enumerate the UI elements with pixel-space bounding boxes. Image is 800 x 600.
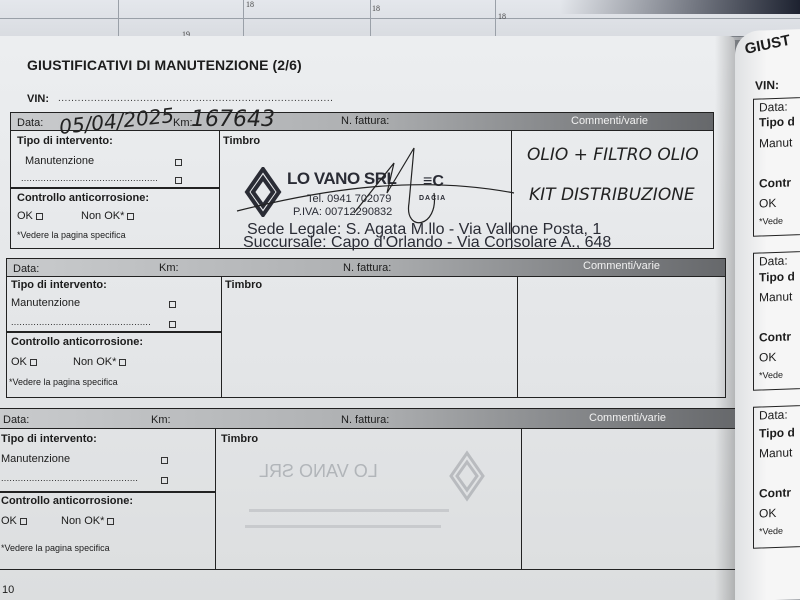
ok-checkbox[interactable] [20,518,27,525]
comment-line-1: OLIO + FILTRO OLIO [527,145,699,165]
other-checkbox[interactable] [169,321,176,328]
see-page-note: *Vedere la pagina specifica [1,543,110,553]
non-ok-checkbox[interactable] [107,518,114,525]
km-label: Km: [173,117,193,129]
other-checkbox[interactable] [175,177,182,184]
maintenance-checkbox[interactable] [175,159,182,166]
non-ok-label: Non OK* [81,210,124,222]
page-number: 10 [2,584,14,596]
maintenance-entry-2: Data: Km: N. fattura: Commenti/varie Tip… [6,258,726,398]
next-page-ok: OK [759,350,776,365]
date-label: Data: [3,414,29,426]
entry-header: Data: Km: N. fattura: Commenti/varie [0,409,737,429]
next-page-contr: Contr [759,329,791,344]
ok-checkbox[interactable] [36,213,43,220]
entry-header: Data: Km: N. fattura: Commenti/varie [7,259,725,277]
date-label: Data: [17,117,43,129]
maintenance-entry-3: Data: Km: N. fattura: Commenti/varie Tip… [0,408,738,570]
maintenance-checkbox[interactable] [161,457,168,464]
planner-number: 18 [498,12,506,21]
next-page-title: GIUST [744,32,792,58]
maintenance-option-label: Manutenzione [11,297,80,309]
ghost-stamp-imprint: LO VANO SRL [259,461,378,482]
maintenance-option-label: Manutenzione [25,155,94,167]
invoice-label: N. fattura: [341,115,389,127]
planner-number: 18 [246,0,254,9]
next-page-ok: OK [759,506,776,521]
intervention-type-label: Tipo di intervento: [11,279,107,291]
maintenance-entry-1: Data: Km: N. fattura: Commenti/varie Tip… [10,112,714,249]
stamp-label: Timbro [221,433,258,445]
see-page-note: *Vedere la pagina specifica [17,230,126,240]
invoice-label: N. fattura: [343,262,391,274]
ok-label: OK [1,515,17,527]
ok-label: OK [11,356,27,368]
corrosion-check-label: Controllo anticorrosione: [11,336,143,348]
corrosion-check-label: Controllo anticorrosione: [1,495,133,507]
vin-field[interactable]: ........................................… [58,93,333,104]
next-page-vin: VIN: [755,78,779,93]
km-label: Km: [159,262,179,274]
intervention-type-label: Tipo di intervento: [1,433,97,445]
comment-line-2: KIT DISTRIBUZIONE [529,185,695,205]
handwritten-km: 167643 [191,107,275,132]
next-page-date-label: Data: [759,408,788,423]
corrosion-check-label: Controllo anticorrosione: [17,192,149,204]
next-page-date-label: Data: [759,100,788,115]
other-intervention-field[interactable]: ........................................… [11,317,151,327]
other-intervention-field[interactable]: ........................................… [1,473,139,483]
ghost-renault-logo-icon [447,449,487,503]
page-title: GIUSTIFICATIVI DI MANUTENZIONE (2/6) [27,57,302,73]
maintenance-option-label: Manutenzione [1,453,70,465]
next-page-tipo: Tipo d [759,114,795,129]
other-intervention-field[interactable]: ........................................… [21,173,157,183]
next-page-manut: Manut [759,445,792,460]
next-page-manut: Manut [759,135,792,150]
non-ok-label: Non OK* [73,356,116,368]
ok-label: OK [17,210,33,222]
vin-label: VIN: [27,93,49,105]
non-ok-label: Non OK* [61,515,104,527]
next-page-vedere: *Vede [759,370,783,381]
signature [229,133,519,243]
next-page: GIUST VIN: Data: Tipo d Manut Contr OK *… [735,29,800,600]
comments-label: Commenti/varie [583,260,660,272]
invoice-label: N. fattura: [341,414,389,426]
comments-label: Commenti/varie [571,115,648,127]
planner-number: 18 [372,4,380,13]
next-page-manut: Manut [759,289,792,304]
next-page-vedere: *Vede [759,216,783,227]
next-page-date-label: Data: [759,254,788,269]
see-page-note: *Vedere la pagina specifica [9,377,118,387]
non-ok-checkbox[interactable] [127,213,134,220]
maintenance-checkbox[interactable] [169,301,176,308]
other-checkbox[interactable] [161,477,168,484]
km-label: Km: [151,414,171,426]
next-page-contr: Contr [759,175,791,190]
background-planner-page: 18 18 19 18 [0,0,800,40]
non-ok-checkbox[interactable] [119,359,126,366]
next-page-contr: Contr [759,485,791,500]
next-page-vedere: *Vede [759,526,783,537]
stamp-label: Timbro [225,279,262,291]
next-page-tipo: Tipo d [759,269,795,284]
next-page-ok: OK [759,196,776,211]
date-label: Data: [13,263,39,275]
next-page-tipo: Tipo d [759,425,795,440]
ok-checkbox[interactable] [30,359,37,366]
comments-label: Commenti/varie [589,412,666,424]
